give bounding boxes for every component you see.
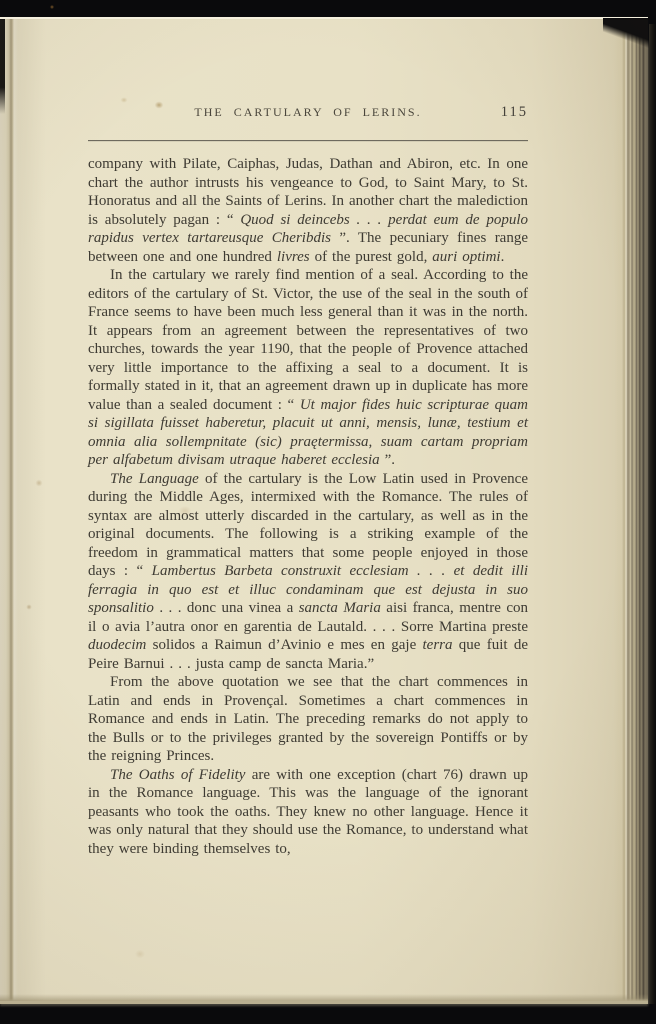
text-run: . . . donc una vinea a <box>154 600 299 616</box>
photo-background: THE CARTULARY OF LERINS. 115 company wit… <box>0 0 656 1024</box>
text-run: ”. <box>380 452 395 468</box>
fore-edge-page-stack <box>614 19 648 1001</box>
paragraph: company with Pilate, Caiphas, Judas, Dat… <box>88 155 528 266</box>
italic-text-run: auri optimi <box>432 249 500 265</box>
italic-text-run: duodecim <box>88 637 146 653</box>
left-page-edge <box>0 19 18 1001</box>
italic-text-run: The Language <box>110 471 199 487</box>
paragraph: The Language of the cartulary is the Low… <box>88 470 528 674</box>
italic-text-run: livres <box>277 249 310 265</box>
paragraph: In the cartulary we rarely find mention … <box>88 266 528 470</box>
running-header: THE CARTULARY OF LERINS. 115 <box>88 105 528 127</box>
text-run: solidos a Raimun d’Avinio e mes en gaje <box>146 637 422 653</box>
book-page: THE CARTULARY OF LERINS. 115 company wit… <box>0 19 648 1001</box>
page-content: THE CARTULARY OF LERINS. 115 company wit… <box>88 105 528 858</box>
running-title: THE CARTULARY OF LERINS. <box>88 105 528 120</box>
text-run: In the cartulary we rarely find mention … <box>88 267 528 413</box>
text-run: From the above quotation we see that the… <box>88 674 528 764</box>
body-text: company with Pilate, Caiphas, Judas, Dat… <box>88 155 528 858</box>
page-number: 115 <box>501 104 528 121</box>
bottom-page-edge <box>0 994 648 1001</box>
italic-text-run: sancta Maria <box>299 600 381 616</box>
text-run: . <box>501 249 505 265</box>
top-left-corner-shadow <box>0 19 5 114</box>
paragraph: The Oaths of Fidelity are with one excep… <box>88 766 528 859</box>
text-run: of the purest gold, <box>310 249 433 265</box>
paragraph: From the above quotation we see that the… <box>88 673 528 766</box>
italic-text-run: terra <box>423 637 453 653</box>
italic-text-run: The Oaths of Fidelity <box>110 767 245 783</box>
top-right-corner-shadow <box>603 18 649 54</box>
header-rule <box>88 140 528 141</box>
